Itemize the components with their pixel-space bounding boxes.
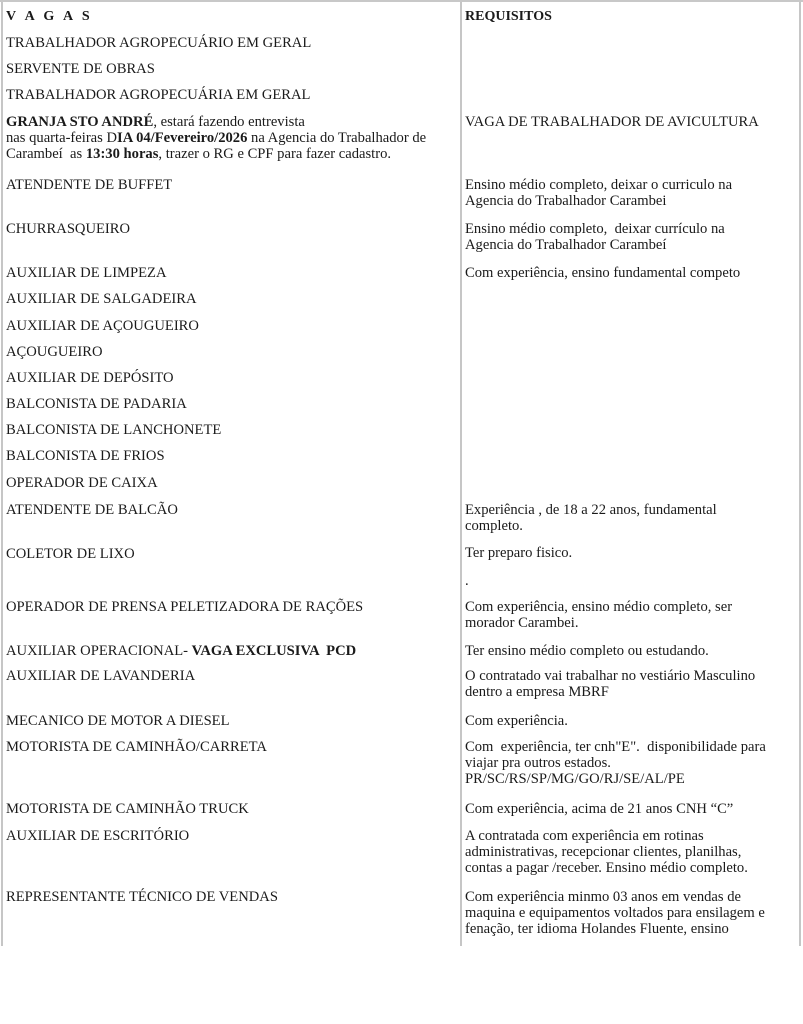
job-requirement: Experiência , de 18 a 22 anos, fundament… (465, 502, 795, 534)
job-requirement: Ensino médio completo, deixar currículo … (465, 221, 795, 253)
job-requirement: Ensino médio completo, deixar o curricul… (465, 177, 795, 209)
requisitos-header: REQUISITOS (465, 9, 795, 25)
job-requirement: Com experiência minmo 03 anos em vendas … (465, 889, 795, 937)
job-title: COLETOR DE LIXO (6, 546, 456, 562)
job-title: OPERADOR DE PRENSA PELETIZADORA DE RAÇÕE… (6, 599, 456, 615)
job-title: AUXILIAR DE DEPÓSITO (6, 370, 456, 386)
job-title: AUXILIAR DE ESCRITÓRIO (6, 828, 456, 844)
interview-notice: GRANJA STO ANDRÉ, estará fazendo entrevi… (6, 114, 456, 162)
job-requirement: Com experiência. (465, 713, 795, 729)
job-requirement: Ter ensino médio completo ou estudando. (465, 643, 795, 659)
job-requirement: O contratado vai trabalhar no vestiário … (465, 668, 795, 700)
job-requirement: Com experiência, acima de 21 anos CNH “C… (465, 801, 795, 817)
job-title: AUXILIAR DE LAVANDERIA (6, 668, 456, 684)
job-title: ATENDENTE DE BUFFET (6, 177, 456, 193)
job-title: AUXILIAR DE SALGADEIRA (6, 291, 456, 307)
company-name: GRANJA STO ANDRÉ (6, 114, 153, 130)
interview-time: 13:30 horas (86, 146, 159, 162)
column-divider (460, 2, 462, 946)
job-title: BALCONISTA DE LANCHONETE (6, 422, 456, 438)
pcd-exclusive-badge: VAGA EXCLUSIVA PCD (192, 643, 357, 659)
job-requirement: Com experiência, ter cnh"E". disponibili… (465, 739, 795, 787)
job-title: BALCONISTA DE FRIOS (6, 448, 456, 464)
job-requirement: A contratada com experiência em rotinas … (465, 828, 795, 876)
job-requirement: VAGA DE TRABALHADOR DE AVICULTURA (465, 114, 795, 130)
job-listings-table: V A G A S REQUISITOS TRABALHADOR AGROPEC… (0, 0, 803, 946)
job-title: MECANICO DE MOTOR A DIESEL (6, 713, 456, 729)
job-title: SERVENTE DE OBRAS (6, 61, 456, 77)
job-title: AÇOUGUEIRO (6, 344, 456, 360)
job-requirement: Com experiência, ensino fundamental comp… (465, 265, 795, 281)
job-title: BALCONISTA DE PADARIA (6, 396, 456, 412)
job-title: AUXILIAR OPERACIONAL- VAGA EXCLUSIVA PCD (6, 643, 456, 659)
job-title: REPRESENTANTE TÉCNICO DE VENDAS (6, 889, 456, 905)
job-title: AUXILIAR DE LIMPEZA (6, 265, 456, 281)
job-title: MOTORISTA DE CAMINHÃO TRUCK (6, 801, 456, 817)
job-requirement: Ter preparo fisico. . (465, 546, 795, 588)
table-border-left (1, 2, 3, 946)
table-border-right (799, 2, 801, 946)
job-requirement: Com experiência, ensino médio completo, … (465, 599, 795, 631)
job-title: MOTORISTA DE CAMINHÃO/CARRETA (6, 739, 456, 755)
interview-date: IA 04/Fevereiro/2026 (117, 130, 247, 146)
job-title: OPERADOR DE CAIXA (6, 475, 456, 491)
vagas-header: V A G A S (6, 9, 456, 25)
job-title: ATENDENTE DE BALCÃO (6, 502, 456, 518)
job-title: TRABALHADOR AGROPECUÁRIA EM GERAL (6, 87, 456, 103)
job-title: CHURRASQUEIRO (6, 221, 456, 237)
job-title: AUXILIAR DE AÇOUGUEIRO (6, 318, 456, 334)
job-title: TRABALHADOR AGROPECUÁRIO EM GERAL (6, 35, 456, 51)
